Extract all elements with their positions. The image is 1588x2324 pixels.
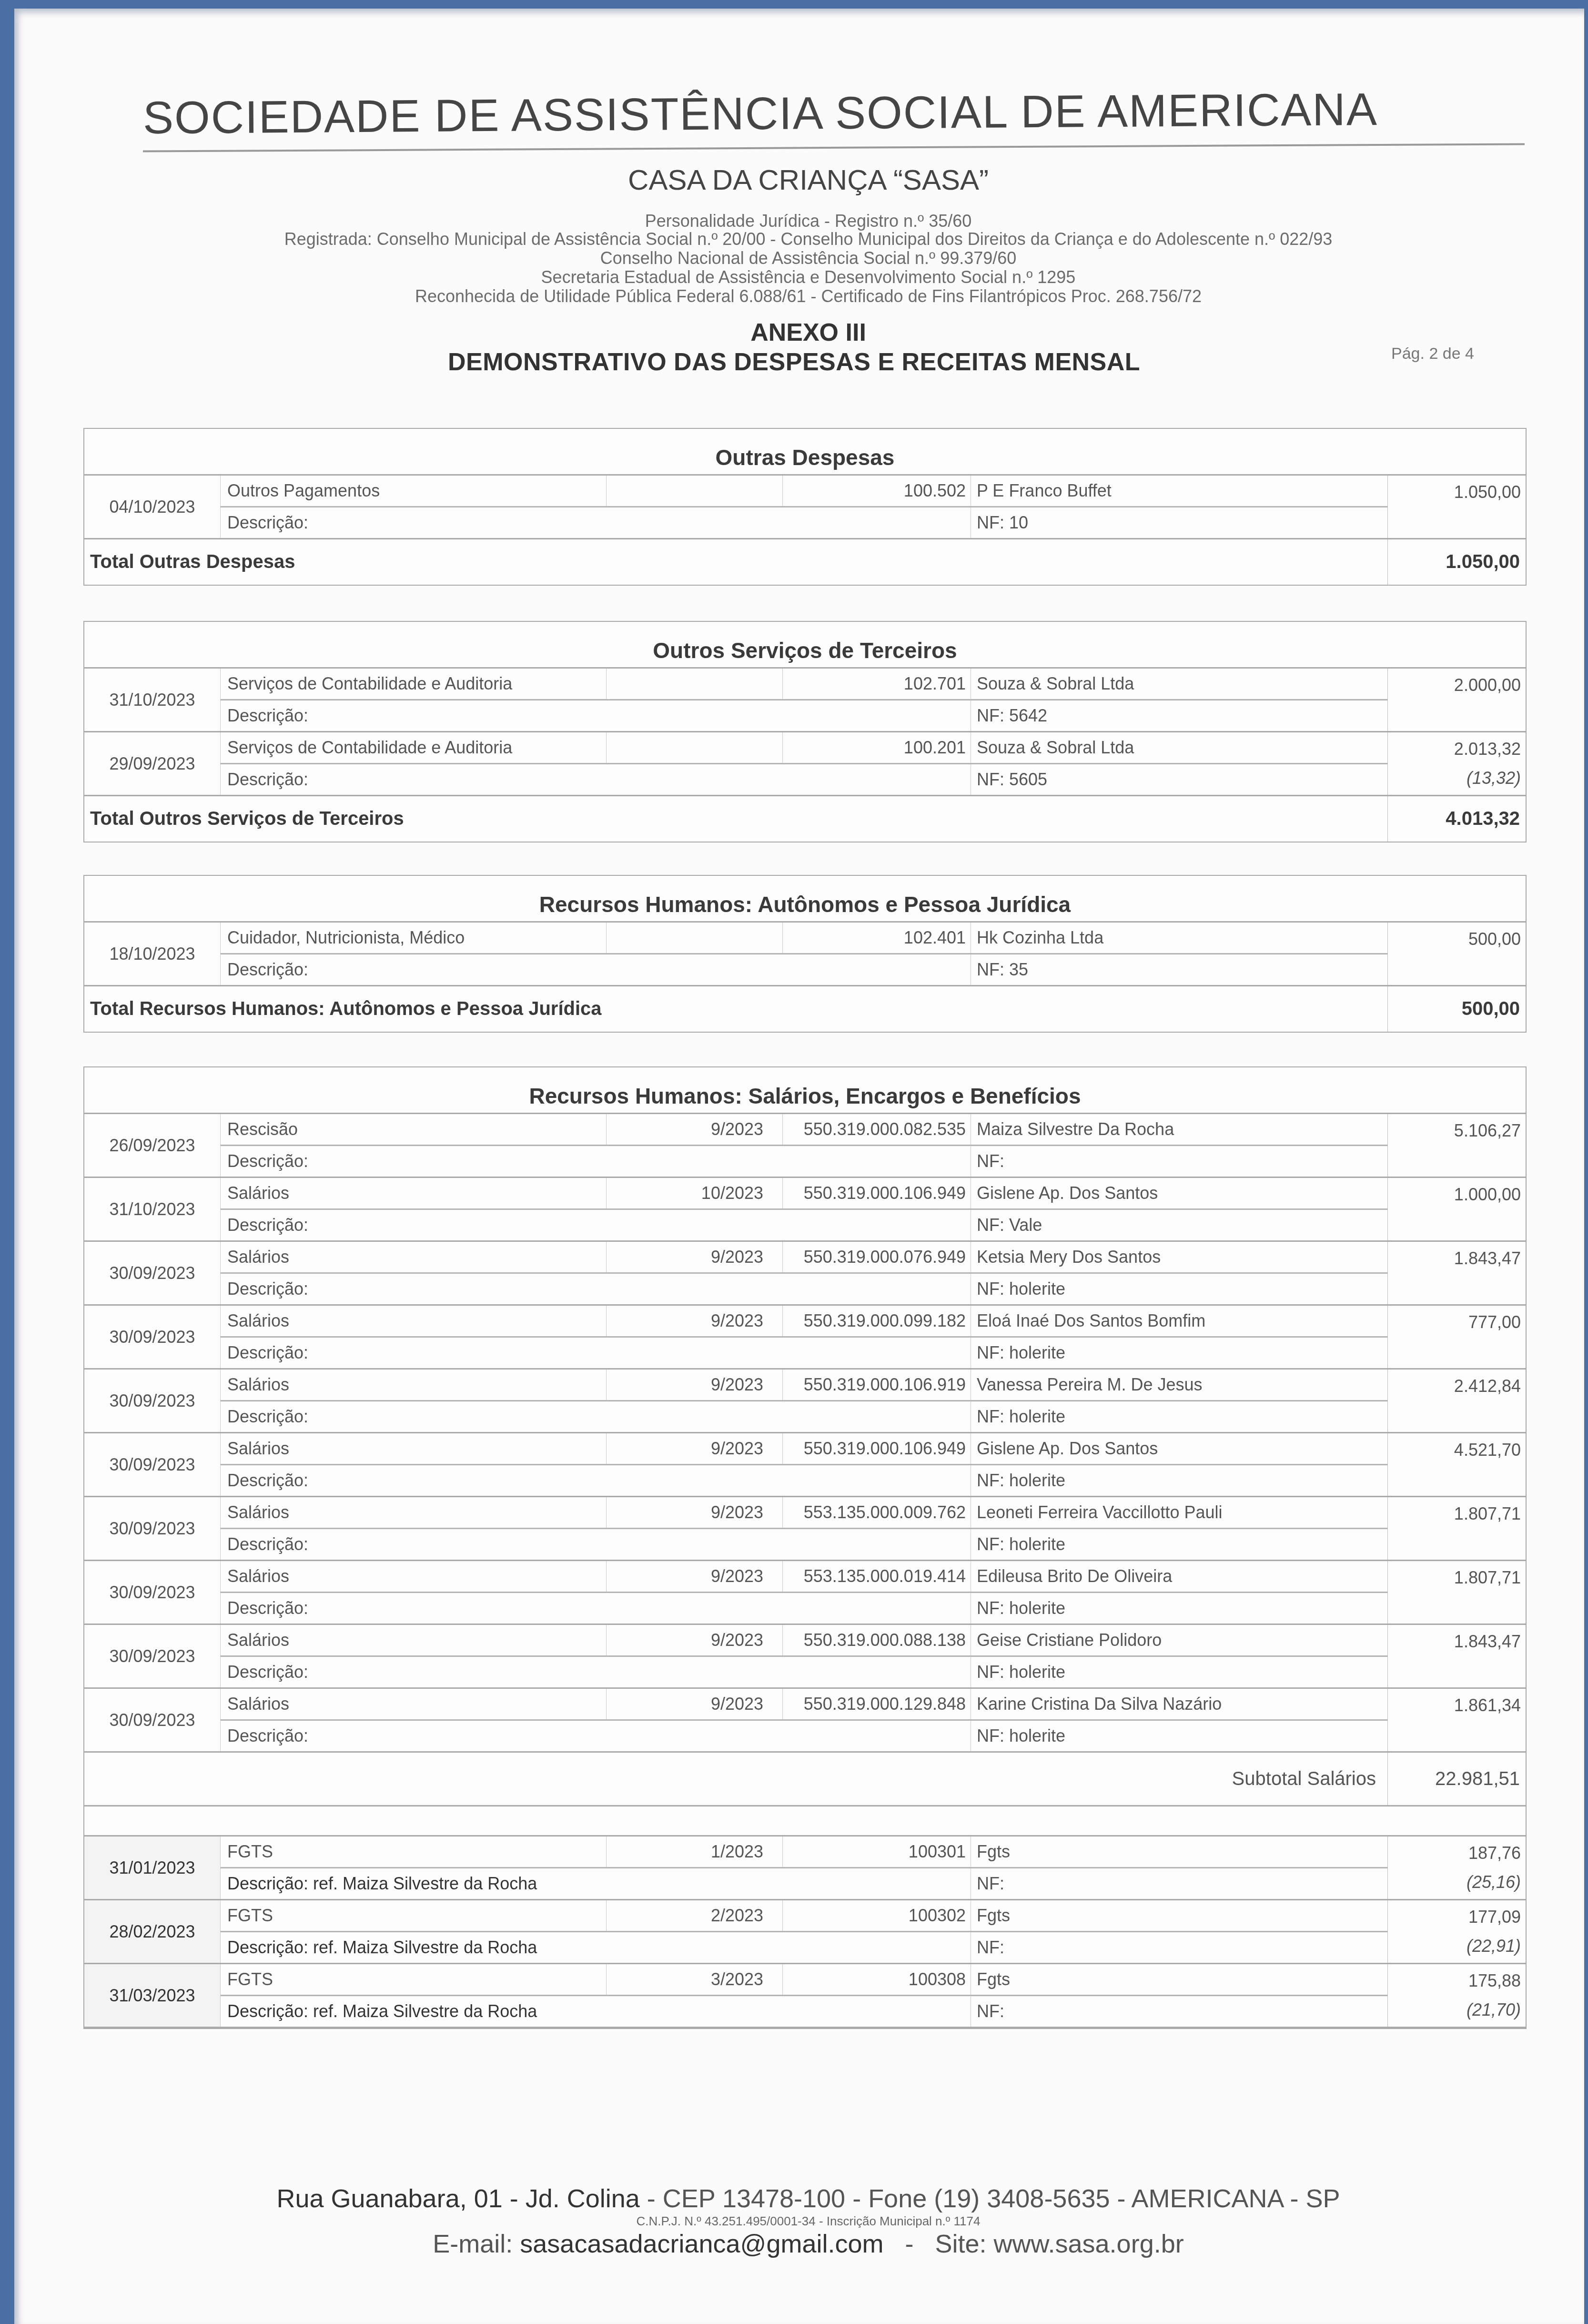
entry-date: 04/10/2023 <box>84 476 221 538</box>
expense-entry: 18/10/2023Cuidador, Nutricionista, Médic… <box>84 923 1526 986</box>
entry-description: Descrição: <box>221 1146 971 1177</box>
total-label: Total Outros Serviços de Terceiros <box>84 808 1387 830</box>
entry-detail-row: Descrição:NF: holerite <box>221 1274 1387 1304</box>
expense-entry: 30/09/2023Salários9/2023550.319.000.129.… <box>84 1689 1526 1753</box>
entry-body: Salários10/2023550.319.000.106.949Gislen… <box>221 1178 1387 1240</box>
entry-category: Cuidador, Nutricionista, Médico <box>221 923 607 953</box>
entry-nf: NF: holerite <box>971 1657 1387 1687</box>
entry-description: Descrição: <box>221 954 971 985</box>
entry-detail-row: Descrição: ref. Maiza Silvestre da Rocha… <box>221 1932 1387 1963</box>
section-spacer <box>84 1806 1526 1837</box>
entry-value-column: 187,76(25,16) <box>1387 1837 1526 1899</box>
entry-description: Descrição: <box>221 1401 971 1432</box>
organization-subtitle: CASA DA CRIANÇA “SASA” <box>14 163 1588 196</box>
entry-adjustment: (22,91) <box>1467 1931 1521 1961</box>
section-title: Outros Serviços de Terceiros <box>84 622 1526 669</box>
entry-description: Descrição: <box>221 1338 971 1368</box>
footer-address: Rua Guanabara, 01 - Jd. Colina - CEP 134… <box>14 2184 1588 2213</box>
entry-date: 26/09/2023 <box>84 1114 221 1177</box>
expense-entry: 30/09/2023Salários9/2023550.319.000.076.… <box>84 1242 1526 1306</box>
section-outros-servicos-terceiros: Outros Serviços de Terceiros31/10/2023Se… <box>83 621 1527 842</box>
entry-body: Salários9/2023550.319.000.088.138Geise C… <box>221 1625 1387 1687</box>
entry-main-row: Salários9/2023550.319.000.076.949Ketsia … <box>221 1242 1387 1274</box>
entry-adjustment: (13,32) <box>1467 763 1521 793</box>
entry-nf: NF: holerite <box>971 1465 1387 1496</box>
section-title: Outras Despesas <box>84 429 1526 476</box>
page-number: Pág. 2 de 4 <box>1391 345 1474 363</box>
entry-nf: NF: <box>971 1868 1387 1899</box>
entry-value-column: 1.050,00 <box>1387 476 1526 538</box>
entry-nf: NF: 10 <box>971 507 1387 538</box>
entry-detail-row: Descrição:NF: Vale <box>221 1210 1387 1240</box>
entry-date: 18/10/2023 <box>84 923 221 985</box>
entry-description: Descrição: <box>221 1721 971 1751</box>
entry-main-row: Salários9/2023550.319.000.088.138Geise C… <box>221 1625 1387 1657</box>
expense-entry: 30/09/2023Salários9/2023550.319.000.106.… <box>84 1370 1526 1433</box>
expense-entry: 30/09/2023Salários9/2023553.135.000.009.… <box>84 1497 1526 1561</box>
entry-detail-row: Descrição:NF: holerite <box>221 1401 1387 1432</box>
entry-value: 175,88 <box>1468 1964 1521 1995</box>
entry-competencia <box>607 669 783 699</box>
entry-body: Salários9/2023553.135.000.009.762Leoneti… <box>221 1497 1387 1560</box>
entry-document: 102.401 <box>783 923 971 953</box>
entry-payee: Hk Cozinha Ltda <box>971 923 1387 953</box>
entry-body: Salários9/2023550.319.000.106.919Vanessa… <box>221 1370 1387 1432</box>
total-label: Total Recursos Humanos: Autônomos e Pess… <box>84 998 1387 1020</box>
entry-main-row: Salários9/2023550.319.000.106.919Vanessa… <box>221 1370 1387 1401</box>
entry-competencia: 9/2023 <box>607 1689 783 1719</box>
entry-document: 550.319.000.129.848 <box>783 1689 971 1719</box>
email-label: E-mail: <box>433 2230 520 2258</box>
expense-entry: 30/09/2023Salários9/2023550.319.000.106.… <box>84 1433 1526 1497</box>
entry-detail-row: Descrição:NF: holerite <box>221 1529 1387 1560</box>
expense-entry: 31/01/2023FGTS1/2023100301FgtsDescrição:… <box>84 1837 1526 1900</box>
entry-category: Salários <box>221 1561 607 1592</box>
entry-date: 31/10/2023 <box>84 1178 221 1240</box>
entry-document: 550.319.000.082.535 <box>783 1114 971 1145</box>
entry-main-row: Salários9/2023550.319.000.106.949Gislene… <box>221 1433 1387 1465</box>
entry-body: Salários9/2023550.319.000.099.182Eloá In… <box>221 1306 1387 1368</box>
entry-date: 30/09/2023 <box>84 1242 221 1304</box>
entry-body: FGTS3/2023100308FgtsDescrição: ref. Maiz… <box>221 1964 1387 2027</box>
entry-competencia: 3/2023 <box>607 1964 783 1995</box>
entry-document: 100308 <box>783 1964 971 1995</box>
entry-date: 30/09/2023 <box>84 1689 221 1751</box>
footer-cnpj: C.N.P.J. N.º 43.251.495/0001-34 - Inscri… <box>14 2214 1588 2229</box>
entry-competencia: 9/2023 <box>607 1306 783 1336</box>
entry-competencia: 9/2023 <box>607 1370 783 1400</box>
entry-payee: Leoneti Ferreira Vaccillotto Pauli <box>971 1497 1387 1528</box>
entry-body: Serviços de Contabilidade e Auditoria102… <box>221 669 1387 731</box>
entry-document: 553.135.000.009.762 <box>783 1497 971 1528</box>
entry-date: 30/09/2023 <box>84 1370 221 1432</box>
entry-value: 2.013,32 <box>1454 732 1521 763</box>
entry-value: 1.843,47 <box>1454 1242 1521 1272</box>
email-link[interactable]: sasacasadacrianca@gmail.com <box>520 2230 883 2258</box>
entry-payee: Fgts <box>971 1837 1387 1867</box>
entry-payee: Vanessa Pereira M. De Jesus <box>971 1370 1387 1400</box>
entry-category: Outros Pagamentos <box>221 476 607 506</box>
entry-nf: NF: holerite <box>971 1529 1387 1560</box>
section-total-row: Total Recursos Humanos: Autônomos e Pess… <box>84 986 1526 1032</box>
entry-date: 28/02/2023 <box>84 1900 221 1963</box>
entry-value: 1.861,34 <box>1454 1689 1521 1719</box>
entry-description: Descrição: <box>221 1593 971 1624</box>
entry-description: Descrição: ref. Maiza Silvestre da Rocha <box>221 1996 971 2027</box>
entry-category: Salários <box>221 1433 607 1464</box>
entry-competencia <box>607 476 783 506</box>
entry-nf: NF: 5605 <box>971 764 1387 795</box>
registration-line: Secretaria Estadual de Assistência e Des… <box>14 267 1588 287</box>
entry-category: Salários <box>221 1178 607 1208</box>
entry-date: 31/03/2023 <box>84 1964 221 2027</box>
entry-category: FGTS <box>221 1964 607 1995</box>
entry-date: 31/01/2023 <box>84 1837 221 1899</box>
entry-main-row: Salários9/2023553.135.000.019.414Edileus… <box>221 1561 1387 1593</box>
entry-document: 100.502 <box>783 476 971 506</box>
entry-description: Descrição: <box>221 700 971 731</box>
total-label: Total Outras Despesas <box>84 551 1387 573</box>
entry-category: Serviços de Contabilidade e Auditoria <box>221 732 607 763</box>
entry-detail-row: Descrição:NF: holerite <box>221 1721 1387 1751</box>
entry-payee: Gislene Ap. Dos Santos <box>971 1433 1387 1464</box>
expense-entry: 29/09/2023Serviços de Contabilidade e Au… <box>84 732 1526 796</box>
entry-document: 550.319.000.076.949 <box>783 1242 971 1272</box>
section-title: Recursos Humanos: Salários, Encargos e B… <box>84 1067 1526 1114</box>
entry-body: Salários9/2023553.135.000.019.414Edileus… <box>221 1561 1387 1624</box>
total-value: 500,00 <box>1387 986 1526 1032</box>
expense-entry: 31/10/2023Serviços de Contabilidade e Au… <box>84 669 1526 732</box>
registration-line: Registrada: Conselho Municipal de Assist… <box>14 229 1588 249</box>
entry-description: Descrição: <box>221 1465 971 1496</box>
entry-body: FGTS2/2023100302FgtsDescrição: ref. Maiz… <box>221 1900 1387 1963</box>
separator: - <box>883 2230 935 2258</box>
entry-date: 31/10/2023 <box>84 669 221 731</box>
expense-entry: 30/09/2023Salários9/2023550.319.000.088.… <box>84 1625 1526 1689</box>
entry-category: Salários <box>221 1625 607 1655</box>
entry-category: FGTS <box>221 1900 607 1931</box>
section-rh-salarios: Recursos Humanos: Salários, Encargos e B… <box>83 1066 1527 2029</box>
entry-nf: NF: holerite <box>971 1274 1387 1304</box>
entry-value-column: 1.843,47 <box>1387 1242 1526 1304</box>
entry-payee: Souza & Sobral Ltda <box>971 732 1387 763</box>
entry-description: Descrição: ref. Maiza Silvestre da Rocha <box>221 1932 971 1963</box>
entry-nf: NF: holerite <box>971 1593 1387 1624</box>
entry-main-row: Outros Pagamentos100.502P E Franco Buffe… <box>221 476 1387 507</box>
entry-main-row: FGTS3/2023100308Fgts <box>221 1964 1387 1996</box>
expense-entry: 31/10/2023Salários10/2023550.319.000.106… <box>84 1178 1526 1242</box>
subtotal-label: Subtotal Salários <box>84 1768 1387 1790</box>
entry-detail-row: Descrição:NF: holerite <box>221 1465 1387 1496</box>
section-rh-autonomos: Recursos Humanos: Autônomos e Pessoa Jur… <box>83 875 1527 1033</box>
entry-detail-row: Descrição:NF: 35 <box>221 954 1387 985</box>
entry-value: 1.807,71 <box>1454 1497 1521 1528</box>
entry-body: Salários9/2023550.319.000.076.949Ketsia … <box>221 1242 1387 1304</box>
entry-competencia: 1/2023 <box>607 1837 783 1867</box>
entry-value: 2.412,84 <box>1454 1370 1521 1400</box>
entry-document: 100302 <box>783 1900 971 1931</box>
entry-value: 177,09 <box>1468 1900 1521 1931</box>
entry-category: Salários <box>221 1689 607 1719</box>
entry-nf: NF: 5642 <box>971 700 1387 731</box>
entry-competencia: 2/2023 <box>607 1900 783 1931</box>
entry-payee: Edileusa Brito De Oliveira <box>971 1561 1387 1592</box>
entry-nf: NF: <box>971 1932 1387 1963</box>
entry-payee: Eloá Inaé Dos Santos Bomfim <box>971 1306 1387 1336</box>
entry-detail-row: Descrição:NF: 5605 <box>221 764 1387 795</box>
expense-entry: 04/10/2023Outros Pagamentos100.502P E Fr… <box>84 476 1526 539</box>
entry-value: 1.807,71 <box>1454 1561 1521 1592</box>
entry-main-row: Cuidador, Nutricionista, Médico102.401Hk… <box>221 923 1387 954</box>
total-value: 1.050,00 <box>1387 539 1526 585</box>
entry-category: Salários <box>221 1242 607 1272</box>
entry-nf: NF: <box>971 1146 1387 1177</box>
entry-main-row: Serviços de Contabilidade e Auditoria102… <box>221 669 1387 700</box>
expense-entry: 30/09/2023Salários9/2023553.135.000.019.… <box>84 1561 1526 1625</box>
entry-document: 550.319.000.106.949 <box>783 1433 971 1464</box>
entry-document: 102.701 <box>783 669 971 699</box>
entry-detail-row: Descrição:NF: holerite <box>221 1338 1387 1368</box>
entry-main-row: Rescisão9/2023550.319.000.082.535Maiza S… <box>221 1114 1387 1146</box>
entry-competencia: 9/2023 <box>607 1433 783 1464</box>
document-page: SOCIEDADE DE ASSISTÊNCIA SOCIAL DE AMERI… <box>14 9 1584 2324</box>
entry-document: 100.201 <box>783 732 971 763</box>
total-value: 4.013,32 <box>1387 796 1526 842</box>
entry-date: 30/09/2023 <box>84 1433 221 1496</box>
entry-value-column: 1.843,47 <box>1387 1625 1526 1687</box>
entry-value-column: 1.807,71 <box>1387 1497 1526 1560</box>
entry-adjustment: (25,16) <box>1467 1867 1521 1898</box>
entry-body: Cuidador, Nutricionista, Médico102.401Hk… <box>221 923 1387 985</box>
entry-payee: Maiza Silvestre Da Rocha <box>971 1114 1387 1145</box>
entry-category: FGTS <box>221 1837 607 1867</box>
entry-document: 100301 <box>783 1837 971 1867</box>
entry-category: Rescisão <box>221 1114 607 1145</box>
entry-value: 187,76 <box>1468 1837 1521 1867</box>
entry-description: Descrição: <box>221 1657 971 1687</box>
entry-value-column: 5.106,27 <box>1387 1114 1526 1177</box>
entry-payee: Fgts <box>971 1964 1387 1995</box>
entry-payee: Fgts <box>971 1900 1387 1931</box>
entry-payee: Gislene Ap. Dos Santos <box>971 1178 1387 1208</box>
footer-contact: E-mail: sasacasadacrianca@gmail.com - Si… <box>14 2229 1588 2259</box>
entry-value-column: 4.521,70 <box>1387 1433 1526 1496</box>
subtotal-value: 22.981,51 <box>1387 1753 1526 1805</box>
section-total-row: Total Outros Serviços de Terceiros4.013,… <box>84 796 1526 842</box>
entry-value-column: 1.000,00 <box>1387 1178 1526 1240</box>
section-title: Recursos Humanos: Autônomos e Pessoa Jur… <box>84 876 1526 923</box>
entry-value-column: 500,00 <box>1387 923 1526 985</box>
entry-date: 30/09/2023 <box>84 1306 221 1368</box>
entry-payee: P E Franco Buffet <box>971 476 1387 506</box>
section-outras-despesas: Outras Despesas04/10/2023Outros Pagament… <box>83 428 1527 586</box>
entry-detail-row: Descrição:NF: holerite <box>221 1657 1387 1687</box>
entry-value: 777,00 <box>1468 1306 1521 1336</box>
entry-nf: NF: <box>971 1996 1387 2027</box>
address-street: Rua Guanabara, 01 - Jd. Colina <box>276 2184 639 2213</box>
entry-document: 550.319.000.106.949 <box>783 1178 971 1208</box>
entry-payee: Karine Cristina Da Silva Nazário <box>971 1689 1387 1719</box>
entry-description: Descrição: <box>221 507 971 538</box>
entry-document: 550.319.000.106.919 <box>783 1370 971 1400</box>
entry-description: Descrição: <box>221 1274 971 1304</box>
expense-entry: 30/09/2023Salários9/2023550.319.000.099.… <box>84 1306 1526 1370</box>
entry-description: Descrição: <box>221 1210 971 1240</box>
entry-competencia <box>607 923 783 953</box>
entry-value: 4.521,70 <box>1454 1433 1521 1464</box>
registration-line: Conselho Nacional de Assistência Social … <box>14 248 1588 268</box>
entry-detail-row: Descrição:NF: 5642 <box>221 700 1387 731</box>
entry-value: 1.050,00 <box>1454 476 1521 506</box>
entry-nf: NF: holerite <box>971 1721 1387 1751</box>
entry-value-column: 777,00 <box>1387 1306 1526 1368</box>
entry-body: Serviços de Contabilidade e Auditoria100… <box>221 732 1387 795</box>
address-details: - CEP 13478-100 - Fone (19) 3408-5635 - … <box>640 2184 1340 2213</box>
entry-description: Descrição: <box>221 764 971 795</box>
entry-date: 30/09/2023 <box>84 1625 221 1687</box>
entry-detail-row: Descrição: ref. Maiza Silvestre da Rocha… <box>221 1868 1387 1899</box>
expense-entry: 31/03/2023FGTS3/2023100308FgtsDescrição:… <box>84 1964 1526 2028</box>
entry-description: Descrição: ref. Maiza Silvestre da Rocha <box>221 1868 971 1899</box>
entry-value: 2.000,00 <box>1454 669 1521 699</box>
entry-document: 553.135.000.019.414 <box>783 1561 971 1592</box>
entry-payee: Geise Cristiane Polidoro <box>971 1625 1387 1655</box>
entry-category: Salários <box>221 1306 607 1336</box>
entry-date: 30/09/2023 <box>84 1497 221 1560</box>
entry-detail-row: Descrição:NF: holerite <box>221 1593 1387 1624</box>
entry-nf: NF: holerite <box>971 1401 1387 1432</box>
entry-value-column: 2.013,32(13,32) <box>1387 732 1526 795</box>
entry-body: Rescisão9/2023550.319.000.082.535Maiza S… <box>221 1114 1387 1177</box>
entry-value-column: 1.861,34 <box>1387 1689 1526 1751</box>
entry-date: 29/09/2023 <box>84 732 221 795</box>
entry-value-column: 2.000,00 <box>1387 669 1526 731</box>
annex-label: ANEXO III <box>14 318 1588 347</box>
entry-competencia <box>607 732 783 763</box>
entry-competencia: 10/2023 <box>607 1178 783 1208</box>
entry-adjustment: (21,70) <box>1467 1995 1521 2025</box>
entry-category: Salários <box>221 1497 607 1528</box>
subtotal-row: Subtotal Salários22.981,51 <box>84 1753 1526 1806</box>
entry-competencia: 9/2023 <box>607 1625 783 1655</box>
entry-value-column: 1.807,71 <box>1387 1561 1526 1624</box>
entry-detail-row: Descrição:NF: 10 <box>221 507 1387 538</box>
document-title: DEMONSTRATIVO DAS DESPESAS E RECEITAS ME… <box>448 348 1140 376</box>
entry-document: 550.319.000.088.138 <box>783 1625 971 1655</box>
entry-competencia: 9/2023 <box>607 1242 783 1272</box>
entry-body: Salários9/2023550.319.000.129.848Karine … <box>221 1689 1387 1751</box>
registration-line: Reconhecida de Utilidade Pública Federal… <box>14 286 1588 306</box>
entry-nf: NF: 35 <box>971 954 1387 985</box>
entry-value-column: 175,88(21,70) <box>1387 1964 1526 2027</box>
registration-line: Personalidade Jurídica - Registro n.º 35… <box>14 211 1588 231</box>
entry-competencia: 9/2023 <box>607 1561 783 1592</box>
expense-entry: 26/09/2023Rescisão9/2023550.319.000.082.… <box>84 1114 1526 1178</box>
organization-name: SOCIEDADE DE ASSISTÊNCIA SOCIAL DE AMERI… <box>143 82 1525 144</box>
entry-category: Serviços de Contabilidade e Auditoria <box>221 669 607 699</box>
entry-value-column: 2.412,84 <box>1387 1370 1526 1432</box>
entry-document: 550.319.000.099.182 <box>783 1306 971 1336</box>
entry-description: Descrição: <box>221 1529 971 1560</box>
entry-value: 1.000,00 <box>1454 1178 1521 1208</box>
entry-competencia: 9/2023 <box>607 1497 783 1528</box>
entry-body: Outros Pagamentos100.502P E Franco Buffe… <box>221 476 1387 538</box>
entry-main-row: Serviços de Contabilidade e Auditoria100… <box>221 732 1387 764</box>
entry-main-row: FGTS2/2023100302Fgts <box>221 1900 1387 1932</box>
entry-body: FGTS1/2023100301FgtsDescrição: ref. Maiz… <box>221 1837 1387 1899</box>
entry-body: Salários9/2023550.319.000.106.949Gislene… <box>221 1433 1387 1496</box>
entry-detail-row: Descrição: ref. Maiza Silvestre da Rocha… <box>221 1996 1387 2027</box>
section-total-row: Total Outras Despesas1.050,00 <box>84 539 1526 585</box>
entry-value-column: 177,09(22,91) <box>1387 1900 1526 1963</box>
entry-nf: NF: holerite <box>971 1338 1387 1368</box>
entry-payee: Souza & Sobral Ltda <box>971 669 1387 699</box>
entry-value: 1.843,47 <box>1454 1625 1521 1655</box>
entry-main-row: Salários9/2023550.319.000.099.182Eloá In… <box>221 1306 1387 1338</box>
site-link[interactable]: Site: www.sasa.org.br <box>935 2230 1183 2258</box>
entry-nf: NF: Vale <box>971 1210 1387 1240</box>
entry-value: 5.106,27 <box>1454 1114 1521 1145</box>
entry-main-row: Salários9/2023553.135.000.009.762Leoneti… <box>221 1497 1387 1529</box>
entry-main-row: FGTS1/2023100301Fgts <box>221 1837 1387 1868</box>
entry-competencia: 9/2023 <box>607 1114 783 1145</box>
entry-category: Salários <box>221 1370 607 1400</box>
entry-value: 500,00 <box>1468 923 1521 953</box>
entry-main-row: Salários9/2023550.319.000.129.848Karine … <box>221 1689 1387 1721</box>
entry-payee: Ketsia Mery Dos Santos <box>971 1242 1387 1272</box>
header-divider <box>143 143 1525 152</box>
entry-date: 30/09/2023 <box>84 1561 221 1624</box>
entry-main-row: Salários10/2023550.319.000.106.949Gislen… <box>221 1178 1387 1210</box>
expense-entry: 28/02/2023FGTS2/2023100302FgtsDescrição:… <box>84 1900 1526 1964</box>
entry-detail-row: Descrição:NF: <box>221 1146 1387 1177</box>
